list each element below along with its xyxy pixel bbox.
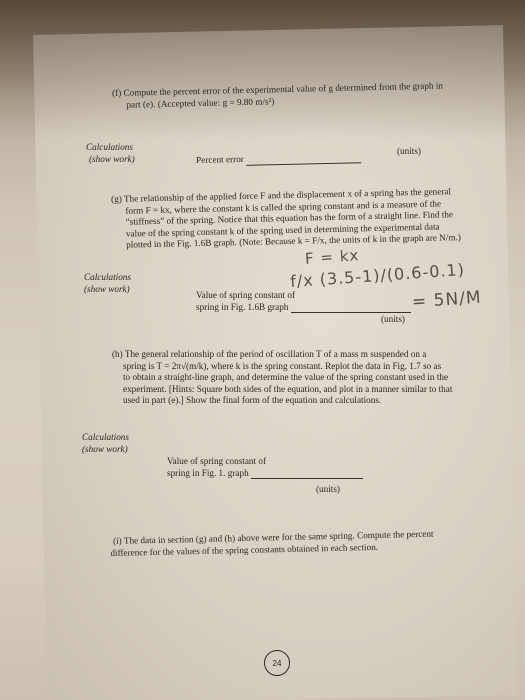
- spring-constant-label-1: Value of spring constant of: [196, 290, 411, 302]
- section-h-line: used in part (e).] Show the final form o…: [112, 395, 452, 407]
- calc-sub: (show work): [84, 284, 131, 296]
- section-h-units: (units): [316, 484, 340, 496]
- calc-sub: (show work): [82, 444, 129, 456]
- section-h-line: experiment. [Hints: Square both sides of…: [112, 384, 452, 396]
- section-g-units: (units): [381, 314, 405, 326]
- calc-label: Calculations: [82, 432, 129, 444]
- section-g-answer: Value of spring constant of spring in Fi…: [196, 290, 411, 313]
- spring-constant-label-1: Value of spring constant of: [167, 456, 363, 468]
- section-g-calc-label: Calculations (show work): [84, 272, 131, 295]
- section-h-line: to obtain a straight-line graph, and det…: [112, 372, 452, 384]
- handwritten-formula: F = kx: [304, 246, 359, 268]
- spring-constant-label-2: spring in Fig. 1.6B graph: [196, 302, 288, 312]
- section-h-line: spring is T = 2π√(m/k), where k is the s…: [112, 361, 452, 373]
- percent-error-label: Percent error: [196, 154, 244, 165]
- calc-sub: (show work): [86, 154, 135, 166]
- calc-label: Calculations: [86, 142, 135, 154]
- page-number: 24: [273, 659, 282, 668]
- section-h-question: (h) The general relationship of the peri…: [112, 349, 452, 407]
- section-h-line: (h) The general relationship of the peri…: [112, 349, 452, 361]
- page-number-badge: 24: [264, 650, 290, 676]
- section-f-calc-label: Calculations (show work): [86, 142, 135, 165]
- section-h-calc-label: Calculations (show work): [82, 432, 129, 455]
- spring-constant-blank[interactable]: [251, 478, 363, 479]
- calc-label: Calculations: [84, 272, 131, 284]
- section-g-question: (g) The relationship of the applied forc…: [111, 186, 461, 252]
- section-f-units: (units): [397, 146, 421, 158]
- section-h-answer: Value of spring constant of spring in Fi…: [167, 456, 363, 479]
- spring-constant-label-2: spring in Fig. 1. graph: [167, 468, 249, 478]
